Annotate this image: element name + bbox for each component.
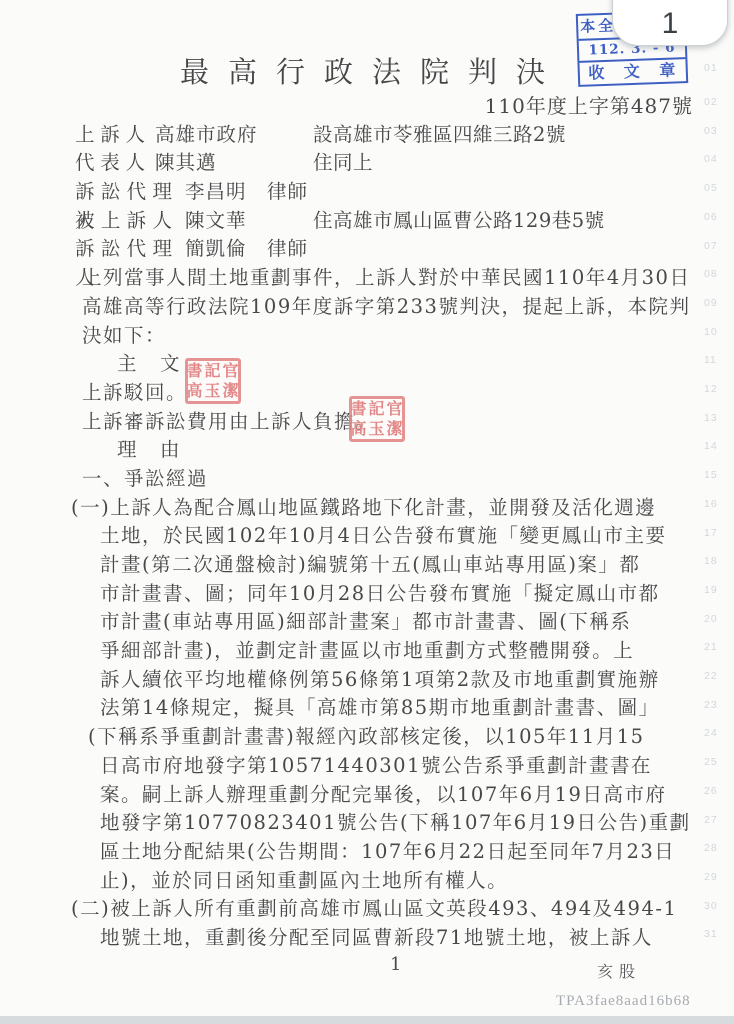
body-line: 理 由	[117, 436, 734, 465]
viewer-bottom-strip	[0, 1016, 734, 1024]
party-name: 陳文華	[185, 207, 247, 236]
clerk-seal-name: 高玉潔	[351, 420, 405, 438]
party-role-label: 訴訟代理人	[75, 235, 172, 292]
party-row: 被上訴人陳文華住高雄市鳳山區曹公路129巷5號	[0, 207, 734, 236]
clerk-seal: 書記官 高玉潔	[349, 396, 405, 442]
party-role-label: 代表人	[75, 149, 145, 178]
body-line: 止)，並於同日函知重劃區內土地所有權人。	[100, 867, 734, 896]
party-row: 訴訟代理人李昌明 律師	[0, 178, 734, 207]
body-line: 爭細部計畫)，並劃定計畫區以市地重劃方式整體開發。上	[100, 637, 734, 666]
body-line: 地發字第10770823401號公告(下稱107年6月19日公告)重劃	[100, 809, 734, 838]
clerk-seal-role: 書記官	[187, 362, 241, 380]
body-line: (下稱系爭重劃計畫書)報經內政部核定後，以105年11月15	[88, 723, 734, 752]
body-line: 上訴駁回。	[82, 379, 734, 408]
party-name: 簡凱倫 律師	[185, 235, 308, 264]
body-line: 一、爭訟經過	[82, 465, 734, 494]
body-line: 土地，於民國102年10月4日公告發布實施「變更鳳山市主要	[100, 522, 734, 551]
body-line: (一)上訴人為配合鳳山地區鐵路地下化計畫，並開發及活化週邊	[71, 494, 734, 523]
party-role-label: 被上訴人	[75, 207, 172, 236]
party-name: 高雄市政府	[155, 121, 258, 150]
body-line: 計畫(第二次通盤檢討)編號第十五(鳳山車站專用區)案」都	[100, 551, 734, 580]
party-address: 住高雄市鳳山區曹公路129巷5號	[313, 207, 605, 236]
body-line: 區土地分配結果(公告期間：107年6月22日起至同年7月23日	[100, 838, 734, 867]
body-line: 法第14條規定，擬具「高雄市第85期市地重劃計畫書、圖」	[100, 694, 734, 723]
document-id: TPA3fae8aad16b68	[556, 993, 691, 1010]
line-number: 01	[704, 62, 726, 74]
body-line: 決如下：	[82, 322, 734, 351]
party-address: 住同上	[313, 149, 373, 178]
body-line: 上列當事人間土地重劃事件，上訴人對於中華民國110年4月30日	[82, 264, 734, 293]
clerk-seal-role: 書記官	[351, 400, 405, 418]
clerk-seal-name: 高玉潔	[187, 382, 241, 400]
case-number: 110年度上字第487號	[0, 92, 734, 121]
clerk-seal: 書記官 高玉潔	[185, 358, 241, 404]
body-line: 高雄高等行政法院109年度訴字第233號判決，提起上訴，本院判	[82, 293, 734, 322]
party-name: 李昌明 律師	[185, 178, 308, 207]
party-row: 代表人陳其邁住同上	[0, 149, 734, 178]
party-address: 設高雄市苓雅區四維三路2號	[313, 121, 566, 150]
judgment-title: 最高行政法院判決	[180, 50, 564, 91]
party-block: 上訴人高雄市政府設高雄市苓雅區四維三路2號代表人陳其邁住同上訴訟代理人李昌明 律…	[0, 121, 734, 264]
body-line: 市計畫(車站專用區)細部計畫案」都市計畫書、圖(下稱系	[100, 608, 734, 637]
body-line: 案。嗣上訴人辦理重劃分配完畢後，以107年6月19日高市府	[100, 781, 734, 810]
receipt-stamp-caption: 收 文 章	[579, 59, 686, 85]
judgment-body: 110年度上字第487號 上訴人高雄市政府設高雄市苓雅區四維三路2號代表人陳其邁…	[0, 92, 734, 953]
party-role-label: 上訴人	[75, 121, 145, 150]
page-number: 1	[390, 954, 401, 975]
body-line: 日高市府地發字第10571440301號公告系爭重劃計畫書在	[100, 752, 734, 781]
party-row: 訴訟代理人簡凱倫 律師	[0, 235, 734, 264]
viewer-page-tab[interactable]: 1	[612, 0, 728, 46]
body-line: 訴人續依平均地權條例第56條第1項第2款及市地重劃實施辦	[100, 666, 734, 695]
body-line: 市計畫書、圖；同年10月28日公告發布實施「擬定鳳山市都	[100, 580, 734, 609]
body-block: 上列當事人間土地重劃事件，上訴人對於中華民國110年4月30日高雄高等行政法院1…	[0, 264, 734, 953]
party-name: 陳其邁	[155, 149, 217, 178]
body-line: 地號土地，重劃後分配至同區曹新段71地號土地，被上訴人	[100, 924, 734, 953]
body-line: (二)被上訴人所有重劃前高雄市鳳山區文英段493、494及494-1	[71, 895, 734, 924]
body-line: 上訴審訴訟費用由上訴人負擔。	[82, 408, 734, 437]
division-label: 亥股	[597, 959, 641, 982]
party-row: 上訴人高雄市政府設高雄市苓雅區四維三路2號	[0, 121, 734, 150]
